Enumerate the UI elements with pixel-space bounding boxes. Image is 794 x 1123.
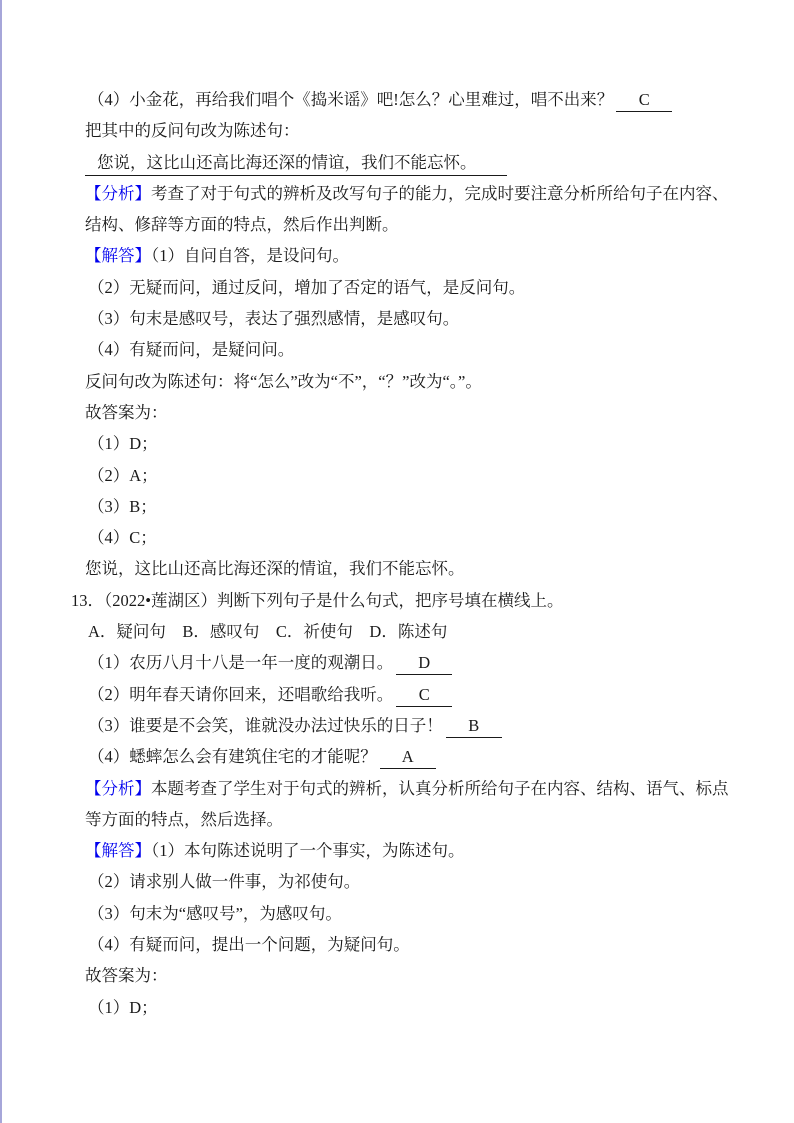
answer-blank: C <box>396 684 452 707</box>
line-text: （2）A； <box>88 466 158 485</box>
left-edge-stripe <box>0 0 2 1123</box>
line-text: 故答案为： <box>85 403 168 422</box>
underlined-answer-text: 您说，这比山还高比海还深的情谊，我们不能忘怀。 <box>85 151 507 176</box>
line-text: （3）B； <box>88 497 157 516</box>
line-text: （2）明年春天请你回来，还唱歌给我听。 <box>88 685 393 704</box>
line-text: （2）请求别人做一件事，为祁使句。 <box>88 872 360 891</box>
line-text: A．疑问句 B．感叹句 C．祈使句 D．陈述句 <box>88 622 447 641</box>
doc-line: （4）小金花，再给我们唱个《捣米谣》吧!怎么？心里难过，唱不出来？C <box>85 84 725 115</box>
doc-line: 您说，这比山还高比海还深的情谊，我们不能忘怀。 <box>85 147 725 178</box>
line-text: 故答案为： <box>85 966 168 985</box>
doc-line: A．疑问句 B．感叹句 C．祈使句 D．陈述句 <box>85 616 725 647</box>
document-page: （4）小金花，再给我们唱个《捣米谣》吧!怎么？心里难过，唱不出来？C把其中的反问… <box>0 0 794 1123</box>
line-text: （2）无疑而问，通过反问，增加了否定的语气，是反问句。 <box>88 278 525 297</box>
answer-blank: C <box>616 89 672 112</box>
section-label: 【解答】 <box>85 246 151 265</box>
doc-line: 【分析】考查了对于句式的辨析及改写句子的能力，完成时要注意分析所给句子在内容、 <box>85 178 725 209</box>
doc-line: （3）句末是感叹号，表达了强烈感情，是感叹句。 <box>85 303 725 334</box>
question-text: （2022•莲湖区）判断下列句子是什么句式，把序号填在横线上。 <box>104 591 564 610</box>
line-text: （4）蟋蟀怎么会有建筑住宅的才能呢？ <box>88 747 377 766</box>
doc-line: （2）请求别人做一件事，为祁使句。 <box>85 866 725 897</box>
doc-line: 您说，这比山还高比海还深的情谊，我们不能忘怀。 <box>85 553 725 584</box>
section-label: 【分析】 <box>85 779 151 798</box>
doc-line: 13．（2022•莲湖区）判断下列句子是什么句式，把序号填在横线上。 <box>71 585 725 616</box>
doc-line: 故答案为： <box>85 397 725 428</box>
doc-line: 故答案为： <box>85 960 725 991</box>
section-label: 【解答】 <box>85 841 151 860</box>
doc-line: （4）蟋蟀怎么会有建筑住宅的才能呢？A <box>85 741 725 772</box>
doc-line: （1）D； <box>85 992 725 1023</box>
line-text: （4）小金花，再给我们唱个《捣米谣》吧!怎么？心里难过，唱不出来？ <box>88 90 613 109</box>
question-number: 13． <box>71 591 104 610</box>
doc-line: 反问句改为陈述句：将“怎么”改为“不”，“？”改为“。”。 <box>85 366 725 397</box>
doc-line: （4）有疑而问，是疑问问。 <box>85 334 725 365</box>
line-text: （1）D； <box>88 434 158 453</box>
doc-line: 【解答】（1）本句陈述说明了一个事实，为陈述句。 <box>85 835 725 866</box>
doc-line: （4）有疑而问，提出一个问题，为疑问句。 <box>85 929 725 960</box>
answer-blank: D <box>396 652 452 675</box>
line-text: 把其中的反问句改为陈述句： <box>85 121 300 140</box>
line-text: （1）农历八月十八是一年一度的观潮日。 <box>88 653 393 672</box>
line-text: （4）有疑而问，是疑问问。 <box>88 340 294 359</box>
doc-line: 【分析】本题考查了学生对于句式的辨析，认真分析所给句子在内容、结构、语气、标点 <box>85 773 725 804</box>
line-text: 结构、修辞等方面的特点，然后作出判断。 <box>85 215 399 234</box>
doc-line: （2）无疑而问，通过反问，增加了否定的语气，是反问句。 <box>85 272 725 303</box>
doc-line: （1）D； <box>85 428 725 459</box>
line-text: （4）C； <box>88 528 157 547</box>
doc-line: （1）农历八月十八是一年一度的观潮日。D <box>85 647 725 678</box>
line-text: （1）D； <box>88 998 158 1017</box>
doc-line: （3）谁要是不会笑，谁就没办法过快乐的日子！B <box>85 710 725 741</box>
line-text: （3）谁要是不会笑，谁就没办法过快乐的日子！ <box>88 716 443 735</box>
line-text: 您说，这比山还高比海还深的情谊，我们不能忘怀。 <box>85 559 465 578</box>
doc-line: （2）明年春天请你回来，还唱歌给我听。C <box>85 679 725 710</box>
doc-line: （3）句末为“感叹号”，为感叹句。 <box>85 898 725 929</box>
doc-line: （2）A； <box>85 460 725 491</box>
line-text: （3）句末为“感叹号”，为感叹句。 <box>88 904 342 923</box>
answer-blank: B <box>446 715 502 738</box>
line-text: 等方面的特点，然后选择。 <box>85 810 283 829</box>
doc-line: 等方面的特点，然后选择。 <box>85 804 725 835</box>
line-text: 本题考查了学生对于句式的辨析，认真分析所给句子在内容、结构、语气、标点 <box>151 779 729 798</box>
line-text: 反问句改为陈述句：将“怎么”改为“不”，“？”改为“。”。 <box>85 372 482 391</box>
doc-line: 把其中的反问句改为陈述句： <box>85 115 725 146</box>
doc-line: （4）C； <box>85 522 725 553</box>
doc-line: （3）B； <box>85 491 725 522</box>
line-text: （1）自问自答，是设问句。 <box>151 246 349 265</box>
document-content: （4）小金花，再给我们唱个《捣米谣》吧!怎么？心里难过，唱不出来？C把其中的反问… <box>85 84 725 1023</box>
doc-line: 【解答】（1）自问自答，是设问句。 <box>85 240 725 271</box>
section-label: 【分析】 <box>85 184 151 203</box>
line-text: （3）句末是感叹号，表达了强烈感情，是感叹句。 <box>88 309 459 328</box>
line-text: （4）有疑而问，提出一个问题，为疑问句。 <box>88 935 410 954</box>
line-text: 考查了对于句式的辨析及改写句子的能力，完成时要注意分析所给句子在内容、 <box>151 184 729 203</box>
answer-blank: A <box>380 746 436 769</box>
doc-line: 结构、修辞等方面的特点，然后作出判断。 <box>85 209 725 240</box>
line-text: （1）本句陈述说明了一个事实，为陈述句。 <box>151 841 465 860</box>
